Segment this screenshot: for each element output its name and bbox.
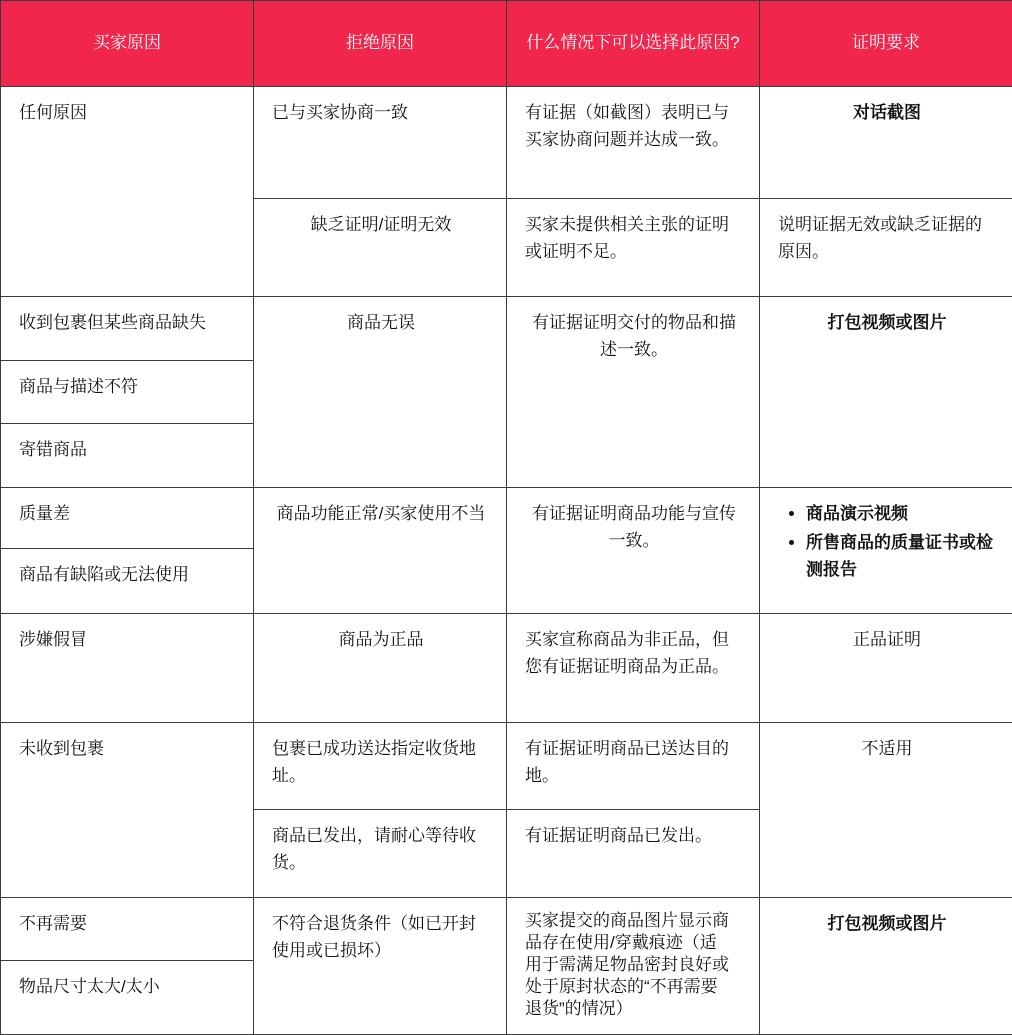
buyer-reason-cell: 涉嫌假冒 (1, 614, 254, 723)
reject-reason-cell: 包裹已成功送达指定收货地址。 (254, 723, 507, 810)
reject-reason-cell: 商品为正品 (254, 614, 507, 723)
buyer-reason-cell: 商品有缺陷或无法使用 (1, 549, 254, 614)
condition-cell: 买家提交的商品图片显示商品存在使用/穿戴痕迹（适用于需满足物品密封良好或处于原封… (507, 898, 760, 1035)
condition-cell: 有证据证明商品已发出。 (507, 810, 760, 898)
refund-reasons-table: 买家原因 拒绝原因 什么情况下可以选择此原因? 证明要求 任何原因 已与买家协商… (0, 0, 1012, 1035)
column-header-condition: 什么情况下可以选择此原因? (507, 1, 760, 87)
table-row: 不再需要 不符合退货条件（如已开封使用或已损坏） 买家提交的商品图片显示商品存在… (1, 898, 1012, 961)
table-row: 未收到包裹 包裹已成功送达指定收货地址。 有证据证明商品已送达目的地。 不适用 (1, 723, 1012, 810)
proof-list: 商品演示视频 所售商品的质量证书或检测报告 (778, 500, 996, 584)
buyer-reason-cell: 商品与描述不符 (1, 361, 254, 424)
proof-cell: 商品演示视频 所售商品的质量证书或检测报告 (760, 488, 1012, 614)
reject-reason-cell: 缺乏证明/证明无效 (254, 199, 507, 297)
condition-cell: 有证据证明交付的物品和描述一致。 (507, 297, 760, 488)
reject-reason-cell: 已与买家协商一致 (254, 87, 507, 199)
condition-cell: 买家宣称商品为非正品，但您有证据证明商品为正品。 (507, 614, 760, 723)
column-header-proof-requirement: 证明要求 (760, 1, 1012, 87)
buyer-reason-cell: 任何原因 (1, 87, 254, 297)
table-header-row: 买家原因 拒绝原因 什么情况下可以选择此原因? 证明要求 (1, 1, 1012, 87)
reject-reason-cell: 商品无误 (254, 297, 507, 488)
proof-cell: 不适用 (760, 723, 1012, 898)
reject-reason-cell: 商品功能正常/买家使用不当 (254, 488, 507, 614)
condition-cell: 有证据证明商品功能与宣传一致。 (507, 488, 760, 614)
proof-list-item: 所售商品的质量证书或检测报告 (806, 529, 996, 583)
proof-cell: 说明证据无效或缺乏证据的原因。 (760, 199, 1012, 297)
condition-cell: 有证据（如截图）表明已与买家协商问题并达成一致。 (507, 87, 760, 199)
proof-cell: 打包视频或图片 (760, 297, 1012, 488)
buyer-reason-cell: 质量差 (1, 488, 254, 549)
table-row: 涉嫌假冒 商品为正品 买家宣称商品为非正品，但您有证据证明商品为正品。 正品证明 (1, 614, 1012, 723)
reject-reason-cell: 商品已发出，请耐心等待收货。 (254, 810, 507, 898)
proof-list-item: 商品演示视频 (806, 500, 996, 527)
buyer-reason-cell: 不再需要 (1, 898, 254, 961)
proof-cell: 对话截图 (760, 87, 1012, 199)
buyer-reason-cell: 物品尺寸太大/太小 (1, 961, 254, 1035)
table-row: 质量差 商品功能正常/买家使用不当 有证据证明商品功能与宣传一致。 商品演示视频… (1, 488, 1012, 549)
table-row: 任何原因 已与买家协商一致 有证据（如截图）表明已与买家协商问题并达成一致。 对… (1, 87, 1012, 199)
proof-cell: 正品证明 (760, 614, 1012, 723)
buyer-reason-cell: 未收到包裹 (1, 723, 254, 898)
condition-cell: 买家未提供相关主张的证明或证明不足。 (507, 199, 760, 297)
reject-reason-cell: 不符合退货条件（如已开封使用或已损坏） (254, 898, 507, 1035)
table-row: 收到包裹但某些商品缺失 商品无误 有证据证明交付的物品和描述一致。 打包视频或图… (1, 297, 1012, 361)
proof-cell: 打包视频或图片 (760, 898, 1012, 1035)
condition-cell: 有证据证明商品已送达目的地。 (507, 723, 760, 810)
buyer-reason-cell: 寄错商品 (1, 424, 254, 488)
column-header-buyer-reason: 买家原因 (1, 1, 254, 87)
buyer-reason-cell: 收到包裹但某些商品缺失 (1, 297, 254, 361)
column-header-reject-reason: 拒绝原因 (254, 1, 507, 87)
